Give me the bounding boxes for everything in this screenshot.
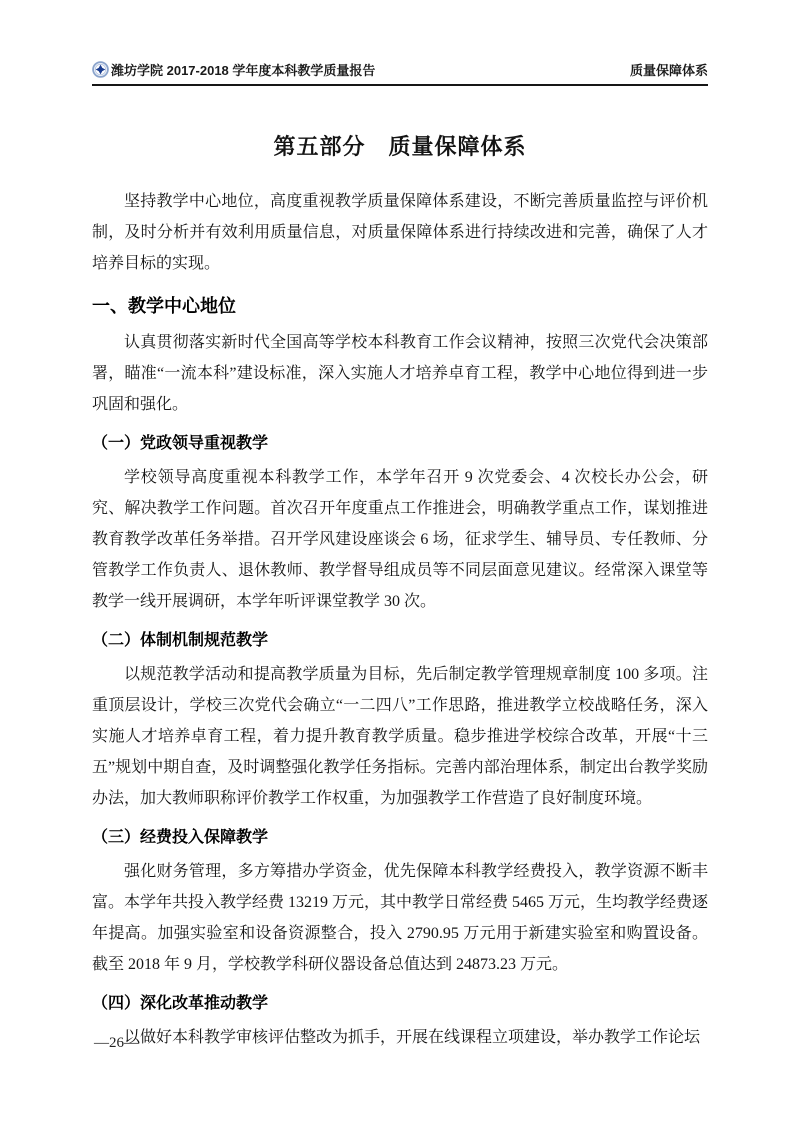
subsection-paragraph-party-leadership: 学校领导高度重视本科教学工作，本学年召开 9 次党委会、4 次校长办公会，研究、… bbox=[92, 462, 708, 617]
header-running-title: 潍坊学院 2017-2018 学年度本科教学质量报告 bbox=[111, 60, 375, 79]
header-section-label: 质量保障体系 bbox=[630, 60, 708, 79]
subsection-heading-reform-promotion: （四）深化改革推动教学 bbox=[92, 991, 708, 1017]
subsection-paragraph-funding-guarantee: 强化财务管理，多方筹措办学资金，优先保障本科教学经费投入，教学资源不断丰富。本学… bbox=[92, 856, 708, 980]
subsection-heading-party-leadership: （一）党政领导重视教学 bbox=[92, 431, 708, 457]
university-emblem-icon bbox=[92, 61, 109, 78]
section-heading-teaching-centrality: 一、教学中心地位 bbox=[92, 292, 708, 320]
intro-paragraph: 坚持教学中心地位，高度重视教学质量保障体系建设，不断完善质量监控与评价机制，及时… bbox=[92, 186, 708, 279]
page-header: 潍坊学院 2017-2018 学年度本科教学质量报告 质量保障体系 bbox=[92, 0, 708, 86]
subsection-paragraph-institutional-mechanism: 以规范教学活动和提高教学质量为目标，先后制定教学管理规章制度 100 多项。注重… bbox=[92, 659, 708, 814]
document-page: 潍坊学院 2017-2018 学年度本科教学质量报告 质量保障体系 第五部分 质… bbox=[0, 0, 800, 1131]
subsection-heading-institutional-mechanism: （二）体制机制规范教学 bbox=[92, 628, 708, 654]
document-title: 第五部分 质量保障体系 bbox=[92, 132, 708, 162]
subsection-paragraph-reform-promotion: 以做好本科教学审核评估整改为抓手，开展在线课程立项建设，举办教学工作论坛 bbox=[92, 1022, 708, 1053]
page-header-row: 潍坊学院 2017-2018 学年度本科教学质量报告 质量保障体系 bbox=[92, 60, 708, 79]
header-divider bbox=[92, 84, 708, 86]
header-running-title-group: 潍坊学院 2017-2018 学年度本科教学质量报告 bbox=[92, 60, 375, 79]
subsection-heading-funding-guarantee: （三）经费投入保障教学 bbox=[92, 825, 708, 851]
page-number: —26— bbox=[94, 1035, 139, 1052]
section-lead-paragraph: 认真贯彻落实新时代全国高等学校本科教育工作会议精神，按照三次党代会决策部署，瞄准… bbox=[92, 327, 708, 420]
